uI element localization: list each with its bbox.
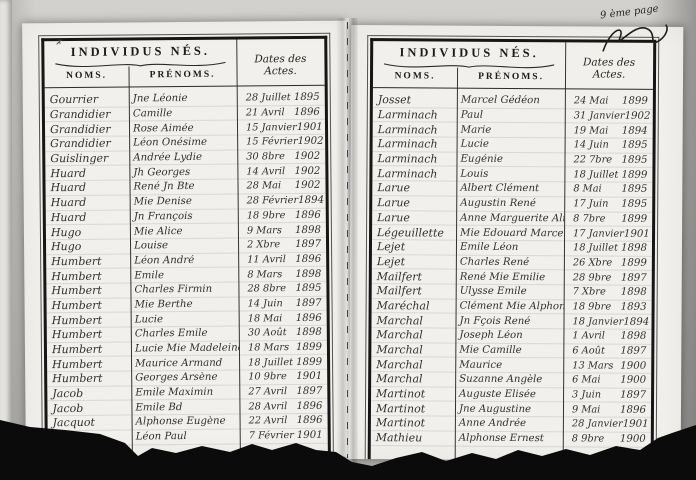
date-year: 1901: [297, 122, 323, 133]
date-day-month: 28 Mai: [246, 181, 281, 192]
date-year: 1895: [621, 199, 647, 210]
date-cell: 7 Février1901: [240, 430, 328, 442]
register-rows: GourrierJne Léonie28 Juillet1895Grandidi…: [45, 86, 328, 459]
date-cell: 22 Avril1896: [240, 415, 328, 427]
firstname-cell: Marie: [457, 124, 565, 136]
register-row: LarueAugustin René17 Juin1895: [372, 196, 652, 212]
surname-cell: Gourrier: [45, 93, 129, 107]
firstname-cell: Jne Augustine: [455, 403, 563, 415]
surname-cell: Mailfert: [372, 270, 456, 284]
surname-cell: Larminach: [373, 108, 457, 122]
date-day-month: 28 Février: [247, 195, 299, 206]
date-day-month: 28 Avril: [248, 401, 287, 412]
date-day-month: 24 Mai: [574, 96, 609, 107]
date-day-month: 8 Mai: [573, 184, 601, 195]
surname-cell: Larue: [372, 211, 456, 225]
firstname-cell: Jn François: [130, 210, 238, 222]
date-year: 1897: [620, 390, 646, 401]
date-year: 1896: [296, 401, 322, 412]
date-cell: 17 Juin1895: [564, 198, 652, 210]
dates-column-header: Dates des Actes.: [236, 53, 324, 78]
date-cell: 26 Xbre1899: [564, 257, 652, 269]
surname-cell: Maréchal: [372, 299, 456, 313]
firstname-cell: Louise: [130, 240, 238, 252]
date-cell: 7 Xbre1898: [564, 287, 652, 299]
surname-cell: Jacob: [47, 401, 131, 415]
date-year: 1894: [622, 125, 648, 136]
firstname-cell: Alphonse Eugène: [132, 416, 240, 428]
date-cell: 19 Mai1894: [565, 125, 653, 137]
date-day-month: 8 Mars: [247, 269, 282, 280]
date-day-month: 9 Mai: [572, 404, 600, 415]
title-brace-ornament: [52, 60, 228, 71]
firstname-cell: Mie Edouard Marcel: [456, 227, 564, 239]
surname-cell: Marchal: [371, 343, 455, 357]
firstname-cell: Léon Onésime: [129, 137, 237, 149]
date-year: 1902: [625, 111, 651, 122]
date-day-month: 11 Avril: [247, 254, 286, 265]
date-year: 1901: [297, 430, 323, 441]
surname-cell: Larue: [372, 182, 456, 196]
table-frame-inner: INDIVIDUS NÉS. NOMS. PRÉNOMS. Dates des …: [368, 38, 657, 461]
date-day-month: 28 8bre: [247, 283, 286, 294]
surname-cell: Marchal: [371, 314, 455, 328]
date-year: 1897: [621, 272, 647, 283]
date-year: 1898: [295, 268, 321, 279]
surname-cell: Martinot: [371, 417, 455, 431]
register-rows: JossetMarcel Gédéon24 Mai1899LarminachPa…: [371, 88, 653, 461]
date-year: 1898: [621, 287, 647, 298]
register-row: MarchalMie Camille6 Août1897: [371, 343, 651, 359]
surname-cell: Humbert: [47, 357, 131, 371]
register-row: MartinotJne Augustine9 Mai1896: [371, 402, 651, 418]
surname-cell: Humbert: [47, 372, 131, 386]
date-year: 1902: [295, 180, 321, 191]
title-brace-ornament: [381, 61, 557, 71]
surname-cell: Humbert: [46, 269, 130, 283]
date-year: 1899: [621, 213, 647, 224]
surname-cell: Larminach: [373, 123, 457, 137]
firstname-cell: Charles Emile: [131, 328, 239, 340]
surname-cell: Humbert: [47, 313, 131, 327]
surname-cell: Humbert: [47, 328, 131, 342]
date-cell: 18 Mai1896: [239, 312, 327, 324]
register-row: LarminachMarie19 Mai1894: [373, 122, 653, 138]
date-year: 1900: [620, 434, 646, 445]
date-cell: 3 Juin1897: [563, 389, 651, 401]
surname-cell: Marchal: [371, 373, 455, 387]
date-day-month: 2 Xbre: [247, 239, 280, 250]
firstname-cell: Mie Alice: [130, 225, 238, 237]
date-year: 1897: [296, 298, 322, 309]
date-cell: 8 Mars1898: [238, 268, 326, 280]
date-cell: 14 Juin1897: [239, 298, 327, 310]
date-day-month: 28 9bre: [573, 272, 612, 283]
dates-column-header: Dates des Actes.: [565, 56, 653, 81]
date-year: 1902: [294, 166, 320, 177]
register-row: LarminachLucie14 Juin1895: [373, 137, 653, 153]
date-cell: 9 Mars1898: [238, 224, 326, 236]
firstname-cell: Emile Bd: [131, 401, 239, 413]
date-cell: 27 Avril1897: [239, 386, 327, 398]
firstname-cell: Emile Léon: [456, 242, 564, 254]
surname-cell: Martinot: [371, 387, 455, 401]
register-row: MarchalJoseph Léon1 Avril1898: [371, 328, 651, 344]
surname-cell: Grandidier: [45, 108, 129, 122]
date-day-month: 18 Mai: [248, 313, 283, 324]
date-cell: 8 9bre1900: [563, 433, 651, 445]
date-cell: 18 Juillet1899: [564, 169, 652, 181]
date-cell: 30 8bre1902: [237, 151, 325, 163]
date-year: 1901: [623, 419, 649, 430]
date-cell: 18 9bre1893: [564, 301, 652, 313]
date-year: 1895: [294, 92, 320, 103]
date-cell: 15 Février1902: [237, 136, 328, 148]
date-cell: 28 Février1894: [238, 195, 328, 207]
date-day-month: 22 Avril: [249, 416, 288, 427]
surname-cell: Lejet: [372, 255, 456, 269]
date-year: 1896: [295, 210, 321, 221]
date-day-month: 27 Avril: [248, 386, 287, 397]
noms-column-header: NOMS.: [45, 70, 129, 81]
firstname-cell: Rose Aimée: [129, 122, 237, 134]
surname-cell: Légeuillette: [372, 226, 456, 240]
date-cell: 28 Avril1896: [239, 401, 327, 413]
date-cell: 28 8bre1895: [238, 283, 326, 295]
surname-cell: Martinot: [371, 402, 455, 416]
firstname-cell: Marcel Gédéon: [457, 95, 565, 107]
date-day-month: 18 Juillet: [573, 169, 618, 180]
surname-cell: Mailfert: [372, 284, 456, 298]
firstname-cell: Joseph Léon: [455, 330, 563, 342]
date-year: 1898: [296, 327, 322, 338]
surname-cell: Jacob: [47, 387, 131, 401]
register-left-page: INDIVIDUS NÉS. NOMS. PRÉNOMS. Dates des …: [22, 21, 350, 460]
noms-column-header: NOMS.: [373, 71, 457, 82]
date-day-month: 31 Janvier: [574, 110, 625, 121]
surname-cell: Larminach: [373, 138, 457, 152]
firstname-cell: Suzanne Angèle: [455, 374, 563, 386]
date-day-month: 26 Xbre: [573, 257, 612, 268]
date-year: 1898: [620, 331, 646, 342]
date-cell: 24 Mai1899: [565, 96, 653, 108]
date-cell: 18 Mars1899: [239, 342, 327, 354]
surname-cell: Guislinger: [45, 152, 129, 166]
surname-cell: Humbert: [46, 284, 130, 298]
table-frame-inner: INDIVIDUS NÉS. NOMS. PRÉNOMS. Dates des …: [41, 36, 331, 459]
date-cell: 17 Janvier1901: [564, 228, 653, 240]
date-cell: 30 Août1898: [239, 327, 327, 339]
firstname-cell: Albert Clément: [456, 183, 564, 195]
page-title: INDIVIDUS NÉS.: [373, 45, 565, 61]
date-cell: 28 Janvier1901: [563, 419, 653, 431]
firstname-cell: Eugénie: [456, 154, 564, 166]
register-row: MailfertUlysse Emile7 Xbre1898: [372, 284, 652, 300]
surname-cell: Josset: [373, 93, 457, 107]
date-day-month: 18 Janvier: [572, 316, 623, 327]
date-cell: 21 Avril1896: [237, 107, 325, 119]
date-year: 1896: [295, 254, 321, 265]
date-day-month: 30 8bre: [246, 151, 285, 162]
date-year: 1896: [297, 415, 323, 426]
firstname-cell: Mie Denise: [130, 196, 238, 208]
surname-cell: Grandidier: [45, 137, 129, 151]
surname-cell: Huard: [46, 196, 130, 210]
date-year: 1894: [623, 316, 649, 327]
firstname-cell: Jh Georges: [129, 166, 237, 178]
firstname-cell: Auguste Elisée: [455, 389, 563, 401]
date-day-month: 3 Juin: [572, 389, 601, 400]
register-row: MarchalJn Fçois René18 Janvier1894: [371, 313, 651, 329]
date-year: 1899: [296, 342, 322, 353]
date-cell: 11 Avril1896: [238, 254, 326, 266]
page-title: INDIVIDUS NÉS.: [44, 44, 236, 61]
date-cell: 9 Mai1896: [563, 404, 651, 416]
register-row: LarminachEugénie22 7bre1895: [372, 152, 652, 168]
firstname-cell: Lucie Mie Madeleine: [131, 343, 239, 355]
date-day-month: 28 Juillet: [246, 92, 291, 103]
surname-cell: Huard: [46, 210, 130, 224]
date-day-month: 6 Mai: [572, 375, 600, 386]
date-cell: 14 Juin1895: [565, 140, 653, 152]
date-day-month: 15 Février: [246, 136, 298, 147]
surname-cell: Marchal: [371, 328, 455, 342]
date-year: 1902: [294, 151, 320, 162]
page-edge-strip: [0, 0, 12, 466]
surname-cell: Lejet: [372, 240, 456, 254]
date-day-month: 17 Janvier: [573, 228, 624, 239]
firstname-cell: Léon Paul: [132, 431, 240, 443]
date-year: 1899: [296, 357, 322, 368]
date-year: 1897: [620, 346, 646, 357]
register-row: MailfertRené Mie Emilie28 9bre1897: [372, 269, 652, 285]
surname-cell: Grandidier: [45, 122, 129, 136]
register-row: MarchalMaurice13 Mars1900: [371, 357, 651, 373]
date-cell: 31 Janvier1902: [565, 110, 653, 122]
date-year: 1896: [296, 312, 322, 323]
spine-crease-line: [347, 22, 348, 458]
firstname-cell: Lucie: [131, 313, 239, 325]
surname-cell: Huard: [45, 181, 129, 195]
date-year: 1897: [296, 386, 322, 397]
surname-cell: Humbert: [46, 254, 130, 268]
date-cell: 14 Avril1902: [237, 166, 325, 178]
date-day-month: 13 Mars: [572, 360, 613, 371]
firstname-cell: Clément Mie Alphonse: [456, 301, 564, 313]
date-cell: 10 9bre1901: [239, 371, 327, 383]
date-year: 1895: [621, 184, 647, 195]
date-day-month: 6 Août: [572, 345, 605, 356]
date-year: 1901: [624, 228, 650, 239]
surname-cell: Larue: [372, 196, 456, 210]
register-row: LarminachPaul31 Janvier1902: [373, 108, 653, 124]
surname-cell: Humbert: [47, 298, 131, 312]
date-day-month: 21 Avril: [246, 107, 285, 118]
date-day-month: 18 Mars: [248, 342, 289, 353]
surname-cell: Larminach: [372, 152, 456, 166]
register-row: MarchalSuzanne Angèle6 Mai1900: [371, 372, 651, 388]
firstname-cell: Ulysse Emile: [456, 286, 564, 298]
date-day-month: 9 Mars: [247, 225, 282, 236]
register-row: MathieuAlphonse Ernest8 9bre1900: [371, 431, 651, 447]
date-day-month: 14 Juin: [248, 298, 283, 309]
date-year: 1897: [295, 239, 321, 250]
firstname-cell: Paul: [457, 110, 565, 122]
date-year: 1893: [621, 302, 647, 313]
date-day-month: 14 Avril: [246, 166, 285, 177]
table-frame: INDIVIDUS NÉS. NOMS. PRÉNOMS. Dates des …: [365, 35, 660, 461]
prenoms-column-header: PRÉNOMS.: [129, 70, 237, 81]
register-row: JossetMarcel Gédéon24 Mai1899: [373, 93, 653, 109]
surname-cell: Huard: [45, 166, 129, 180]
register-row: MartinotAnne Andrée28 Janvier1901: [371, 416, 651, 432]
surname-cell: Hugo: [46, 240, 130, 254]
date-cell: 15 Janvier1901: [237, 121, 328, 133]
register-right-page: INDIVIDUS NÉS. NOMS. PRÉNOMS. Dates des …: [349, 25, 684, 461]
date-day-month: 8 7bre: [573, 213, 605, 224]
firstname-cell: Anne Marguerite Alice: [456, 212, 564, 224]
firstname-cell: René Jn Bte: [129, 181, 237, 193]
surname-cell: Humbert: [47, 343, 131, 357]
date-cell: 28 Juillet1895: [237, 92, 325, 104]
date-year: 1899: [621, 169, 647, 180]
date-year: 1895: [622, 155, 648, 166]
register-row: LarueAlbert Clément8 Mai1895: [372, 181, 652, 197]
date-day-month: 10 9bre: [248, 372, 287, 383]
firstname-cell: Jne Léonie: [129, 93, 237, 105]
date-year: 1898: [621, 243, 647, 254]
register-row: LarminachLouis18 Juillet1899: [372, 167, 652, 183]
date-year: 1899: [621, 258, 647, 269]
date-day-month: 28 Janvier: [572, 419, 623, 430]
firstname-cell: Georges Arsène: [131, 372, 239, 384]
date-year: 1896: [620, 404, 646, 415]
prenoms-column-header: PRÉNOMS.: [457, 72, 565, 83]
firstname-cell: Mie Camille: [455, 345, 563, 357]
firstname-cell: Emile Maximin: [131, 387, 239, 399]
date-year: 1900: [620, 360, 646, 371]
surname-cell: Larminach: [372, 167, 456, 181]
firstname-cell: Alphonse Ernest: [455, 433, 563, 445]
firstname-cell: Mie Berthe: [131, 299, 239, 311]
date-cell: 18 9bre1896: [238, 210, 326, 222]
date-day-month: 30 Août: [248, 327, 287, 338]
surname-cell: Hugo: [46, 225, 130, 239]
firstname-cell: Léon André: [130, 254, 238, 266]
register-row: LarueAnne Marguerite Alice8 7bre1899: [372, 211, 652, 227]
date-day-month: 18 9bre: [573, 301, 612, 312]
date-year: 1894: [298, 195, 324, 206]
firstname-cell: René Mie Emilie: [456, 271, 564, 283]
date-cell: 28 Mai1902: [237, 180, 325, 192]
date-day-month: 15 Janvier: [246, 122, 297, 133]
date-cell: 1 Avril1898: [563, 331, 651, 343]
date-cell: 18 Juillet1899: [239, 356, 327, 368]
date-year: 1898: [295, 224, 321, 235]
firstname-cell: Maurice Armand: [131, 357, 239, 369]
firstname-cell: Jn Fçois René: [455, 315, 563, 327]
firstname-cell: Emile: [130, 269, 238, 281]
date-day-month: 22 7bre: [573, 154, 612, 165]
date-year: 1901: [296, 371, 322, 382]
date-cell: 18 Janvier1894: [563, 316, 652, 328]
firstname-cell: Lucie: [457, 139, 565, 151]
surname-cell: Marchal: [371, 358, 455, 372]
date-year: 1896: [294, 107, 320, 118]
register-row: LejetEmile Léon18 Juillet1898: [372, 240, 652, 256]
date-day-month: 8 9bre: [572, 434, 604, 445]
firstname-cell: Anne Andrée: [455, 418, 563, 430]
date-cell: 13 Mars1900: [563, 360, 651, 372]
date-year: 1895: [295, 283, 321, 294]
scanned-register-spread: INDIVIDUS NÉS. NOMS. PRÉNOMS. Dates des …: [0, 0, 696, 480]
date-cell: 8 7bre1899: [564, 213, 652, 225]
table-frame: INDIVIDUS NÉS. NOMS. PRÉNOMS. Dates des …: [38, 33, 334, 460]
firstname-cell: Maurice: [455, 359, 563, 371]
date-day-month: 14 Juin: [574, 140, 609, 151]
register-row: MaréchalClément Mie Alphonse18 9bre1893: [372, 299, 652, 315]
date-cell: 8 Mai1895: [564, 184, 652, 196]
firstname-cell: Charles Firmin: [130, 284, 238, 296]
date-day-month: 7 Février: [249, 430, 294, 441]
date-day-month: 18 Juillet: [573, 243, 618, 254]
date-year: 1902: [298, 136, 324, 147]
paraph-flourish-icon: [595, 15, 676, 58]
date-cell: 6 Août1897: [563, 345, 651, 357]
date-cell: 6 Mai1900: [563, 375, 651, 387]
date-cell: 2 Xbre1897: [238, 239, 326, 251]
surname-cell: Mathieu: [371, 431, 455, 445]
surname-cell: Jacquot: [48, 416, 132, 430]
date-day-month: 7 Xbre: [573, 287, 606, 298]
firstname-cell: Camille: [129, 108, 237, 120]
date-day-month: 17 Juin: [573, 199, 608, 210]
date-day-month: 18 Juillet: [248, 357, 293, 368]
date-year: 1900: [620, 375, 646, 386]
date-day-month: 18 9bre: [247, 210, 286, 221]
date-year: 1899: [622, 96, 648, 107]
firstname-cell: Louis: [456, 168, 564, 180]
firstname-cell: Charles René: [456, 257, 564, 269]
date-cell: 18 Juillet1898: [564, 243, 652, 255]
register-row: LégeuilletteMie Edouard Marcel17 Janvier…: [372, 225, 652, 241]
register-row: LejetCharles René26 Xbre1899: [372, 255, 652, 271]
register-row: MartinotAuguste Elisée3 Juin1897: [371, 387, 651, 403]
date-day-month: 1 Avril: [572, 331, 605, 342]
firstname-cell: Andrée Lydie: [129, 152, 237, 164]
date-cell: 22 7bre1895: [564, 154, 652, 166]
firstname-cell: Augustin René: [456, 198, 564, 210]
date-cell: 28 9bre1897: [564, 272, 652, 284]
date-year: 1895: [622, 140, 648, 151]
date-day-month: 19 Mai: [574, 125, 609, 136]
